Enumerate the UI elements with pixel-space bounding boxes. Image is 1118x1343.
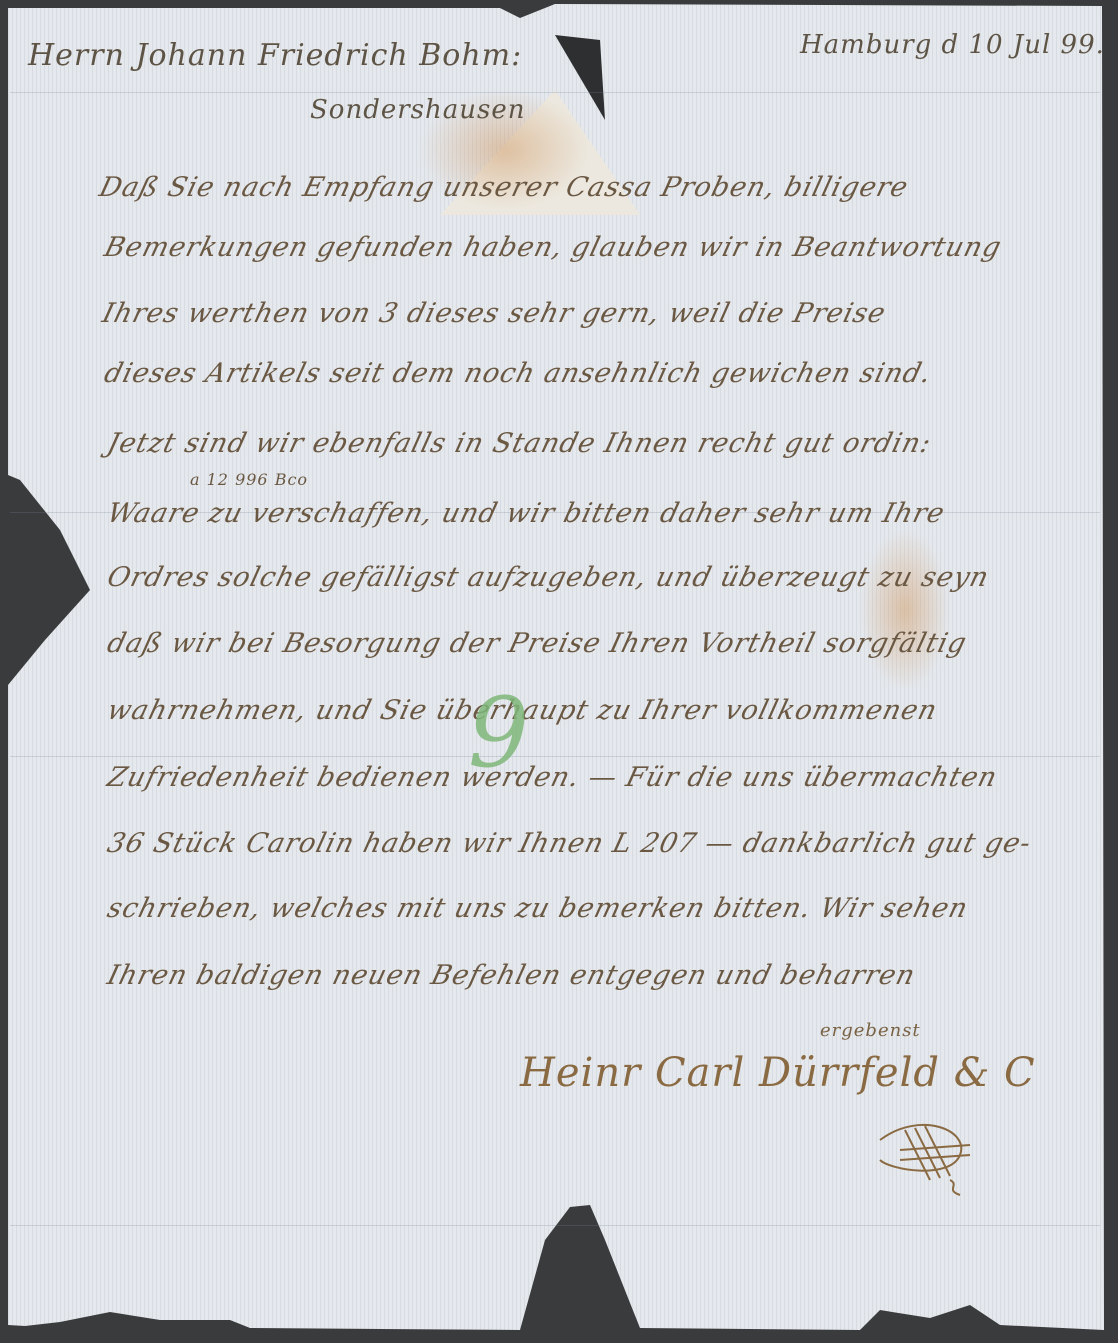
- place-date: Hamburg d 10 Jul 99.: [800, 30, 1105, 60]
- letter-scan: Herrn Johann Friedrich Bohm: Sondershaus…: [0, 0, 1118, 1343]
- signature-flourish: [860, 1100, 1000, 1210]
- signature: Heinr Carl Dürrfeld & C: [520, 1050, 1036, 1096]
- green-postal-mark: 9: [468, 688, 558, 778]
- addressee-place: Sondershausen: [310, 95, 525, 125]
- body-line: Ihres werthen von 3 dieses sehr gern, we…: [99, 298, 889, 329]
- body-line: Jetzt sind wir ebenfalls in Stande Ihnen…: [104, 428, 935, 459]
- body-line: daß wir bei Besorgung der Preise Ihren V…: [104, 628, 970, 659]
- body-line: Daß Sie nach Empfang unserer Cassa Probe…: [96, 172, 912, 203]
- interlinear-note: a 12 996 Bco: [190, 470, 308, 489]
- body-line: schrieben, welches mit uns zu bemerken b…: [104, 893, 971, 924]
- addressee: Herrn Johann Friedrich Bohm:: [28, 38, 522, 73]
- closing-phrase: ergebenst: [820, 1020, 921, 1041]
- fold-line: [10, 92, 1100, 93]
- body-line: Bemerkungen gefunden haben, glauben wir …: [101, 232, 1005, 263]
- stain: [860, 530, 950, 690]
- body-line: Waare zu verschaffen, und wir bitten dah…: [104, 498, 948, 529]
- body-line: Ordres solche gefälligst aufzugeben, und…: [104, 562, 992, 593]
- body-line: dieses Artikels seit dem noch ansehnlich…: [101, 358, 935, 389]
- fold-line: [10, 1225, 1100, 1226]
- body-line: Ihren baldigen neuen Befehlen entgegen u…: [104, 960, 919, 991]
- body-line: 36 Stück Carolin haben wir Ihnen L 207 —…: [104, 828, 1034, 859]
